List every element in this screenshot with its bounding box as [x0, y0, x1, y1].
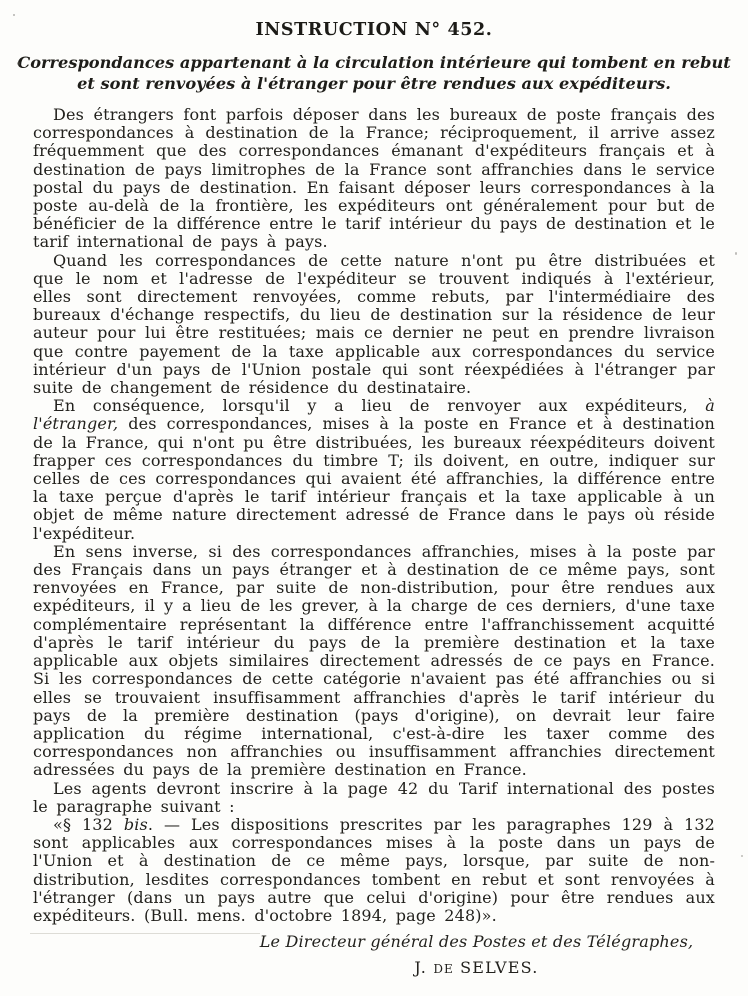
- signature-role: Le Directeur général des Postes et des T…: [205, 932, 748, 951]
- signature-block: Le Directeur général des Postes et des T…: [0, 932, 748, 977]
- subtitle-line-1: Correspondances appartenant à la circula…: [17, 53, 730, 72]
- document-body: Des étrangers font parfois déposer dans …: [33, 106, 715, 925]
- paragraph-3-text-c: des correspondances, mises à la poste en…: [33, 414, 715, 542]
- signature-name: J. de SELVES.: [205, 958, 748, 977]
- paragraph-2: Quand les correspondances de cette natur…: [33, 252, 715, 398]
- paragraph-6-text-a: «§ 132: [53, 815, 124, 834]
- paragraph-5: Les agents devront inscrire à la page 42…: [33, 780, 715, 816]
- page-title: INSTRUCTION N° 452.: [0, 20, 748, 40]
- document-header: INSTRUCTION N° 452. Correspondances appa…: [0, 0, 748, 94]
- paragraph-1: Des étrangers font parfois déposer dans …: [33, 106, 715, 252]
- scan-artifact: [735, 252, 737, 255]
- italic-word-bis: bis: [124, 815, 148, 834]
- paragraph-4: En sens inverse, si des correspondances …: [33, 543, 715, 780]
- signature-name-particle: de: [433, 962, 453, 976]
- scan-artifact: [741, 855, 743, 857]
- paragraph-6-quoted-article: «§ 132 bis. — Les dispositions prescrite…: [33, 816, 715, 925]
- paragraph-3-text-a: En conséquence, lorsqu'il y a lieu de re…: [53, 396, 705, 415]
- paragraph-3: En conséquence, lorsqu'il y a lieu de re…: [33, 397, 715, 543]
- signature-name-surname: SELVES.: [460, 958, 538, 977]
- document-subtitle: Correspondances appartenant à la circula…: [0, 52, 748, 94]
- scan-artifact: [17, 62, 20, 65]
- scan-artifact: [13, 14, 15, 16]
- scan-artifact-line: [30, 933, 260, 934]
- subtitle-line-2: et sont renvoyées à l'étranger pour être…: [77, 74, 671, 93]
- scanned-document-page: INSTRUCTION N° 452. Correspondances appa…: [0, 0, 748, 996]
- signature-name-initial: J.: [414, 958, 427, 977]
